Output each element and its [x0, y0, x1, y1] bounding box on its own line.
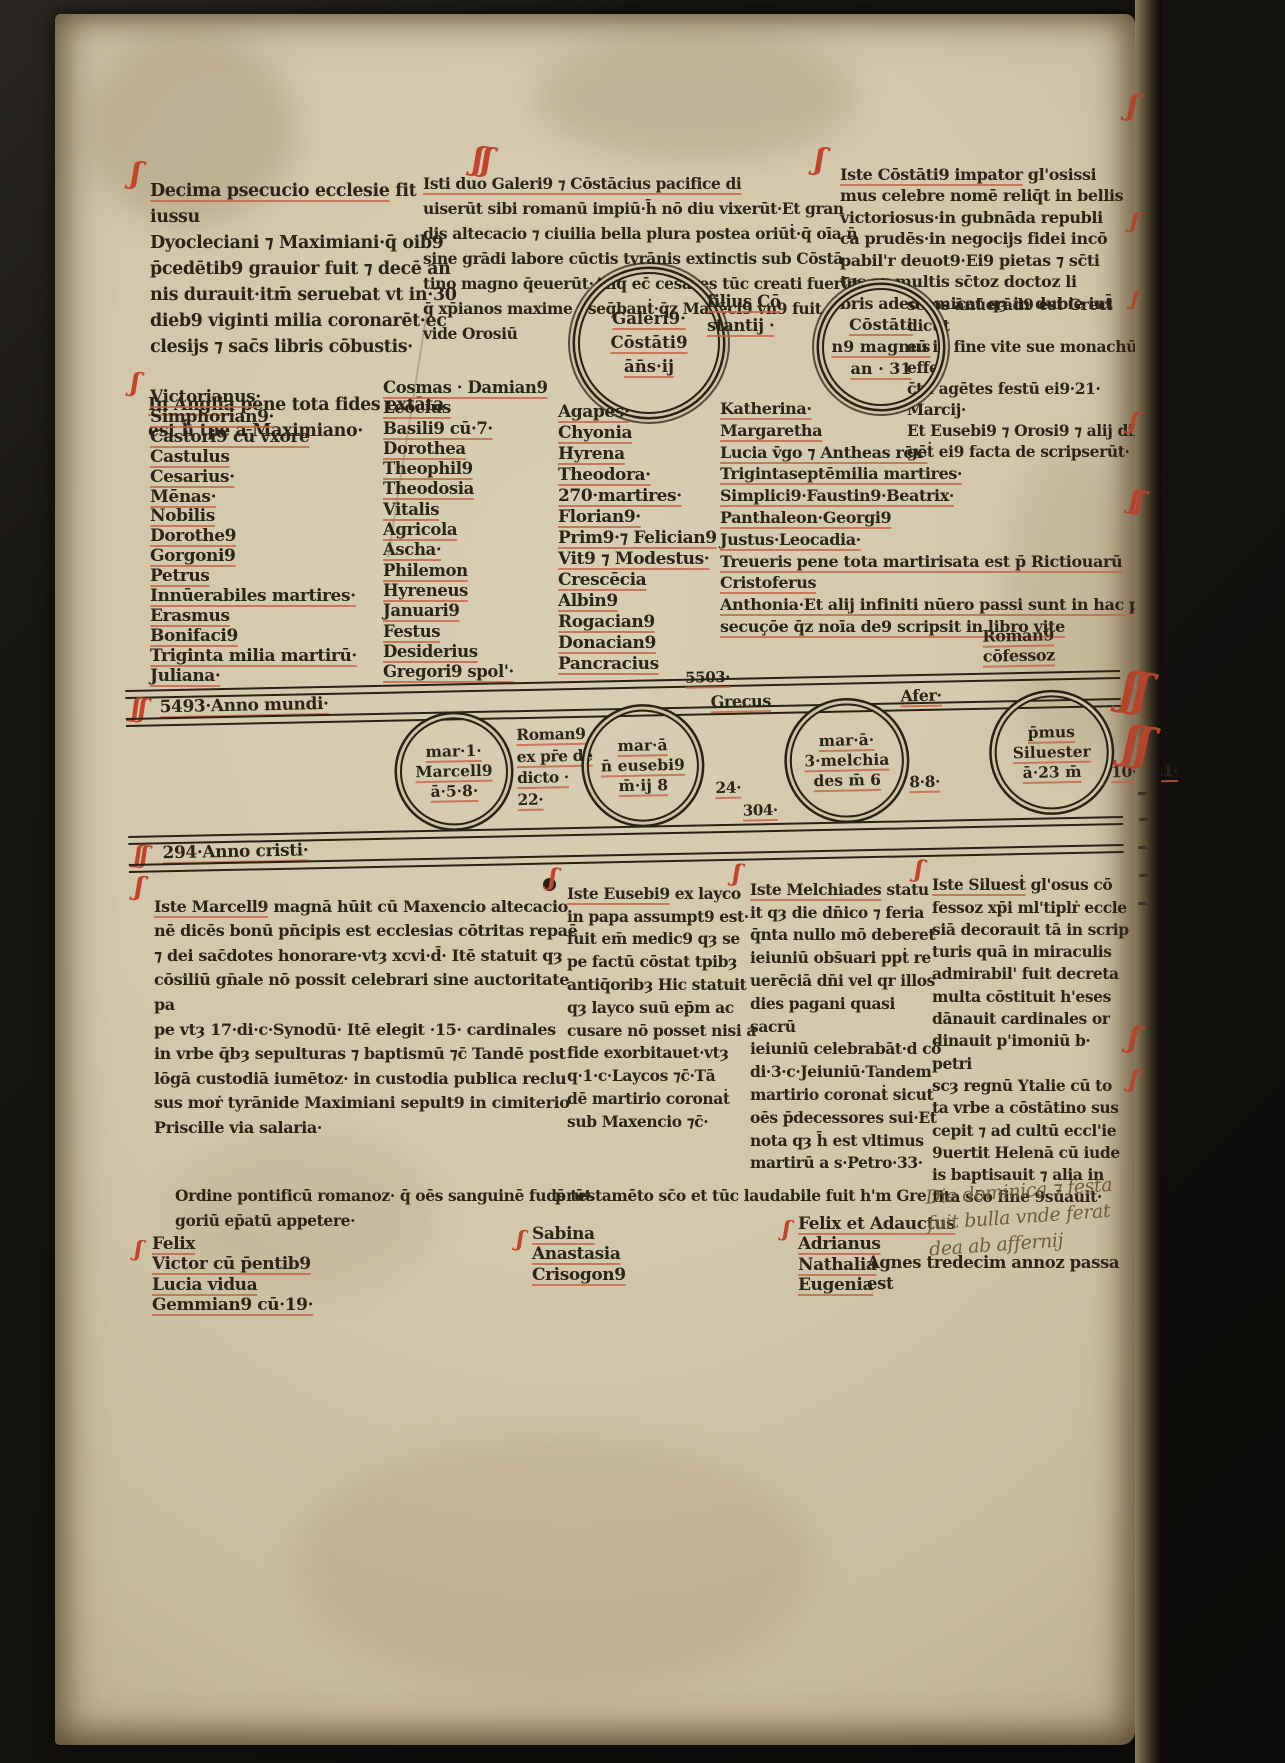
pope-melchiades-origin-label: Afer·	[900, 686, 942, 708]
roundel-pope-eusebius: mar·ā n̄ eusebi9 m̄·ij 8	[586, 709, 700, 823]
paragraph-pope-melchiades: Iste Melchiades statu it qȝ die dn̄ico ⁊…	[750, 856, 942, 1175]
martyr-list-column-4: Katherina· Margaretha Lucia v̄go ⁊ Anthe…	[720, 398, 1148, 638]
roundel-pope-silvester: p̄mus Siluester ā·23 m̄	[994, 694, 1110, 810]
parchment-page: ʃ Decima psecucio ecclesie fit iussu Dyo…	[55, 14, 1135, 1745]
paragraph-lead: Decima psecucio ecclesie	[150, 181, 390, 201]
paragraph-text: fit iussu Dyocleciani ⁊ Maximiani·q̄ oib…	[150, 181, 457, 357]
timeline-band: ʃʃ 5493·Anno mundi· 5503· mar·1· Marcell…	[125, 655, 1199, 876]
pope-silvester-origin-label: Roman9 cōfessoz	[982, 625, 1093, 667]
paragraph-text: gl'osus cō fessoz xp̄i ml'tiplṙ eccle si…	[932, 875, 1129, 1206]
pope-eusebius-duration: 24·	[715, 778, 741, 799]
adjacent-page-edge	[1135, 0, 1161, 1763]
edge-text-fragment	[1139, 874, 1148, 877]
roundel-galerius: Galeri9· Cōstāti9 ān̄s·ij	[578, 272, 720, 414]
bottom-list-felix: Felix Victor cū p̄entib9 Lucia vidua Gem…	[152, 1234, 372, 1316]
pope-eusebius-origin-label: Grecus	[710, 691, 771, 713]
paragraph-mark-icon: ʃ	[781, 1216, 789, 1242]
paragraph-lead: Iste Eusebi9	[567, 884, 670, 903]
edge-text-fragment	[1138, 902, 1147, 905]
martyr-list-column-2: Cosmas · Damian9 Leōcius Basili9 cū·7· D…	[383, 378, 573, 682]
stain	[295, 1434, 815, 1694]
paragraph-mark-icon: ʃ	[129, 368, 139, 399]
anno-cristi-decade: 304·	[743, 801, 778, 821]
ordine-pontificum-line: p̄ testamēto sc̄o et tūc laudabile fuit …	[555, 1186, 926, 1206]
paragraph-decima-persecucio: Decima psecucio ecclesie fit iussu Dyocl…	[150, 152, 462, 360]
book-scan: ʃ Decima psecucio ecclesie fit iussu Dyo…	[0, 0, 1285, 1763]
paragraph-pope-eusebius: Iste Eusebi9 ex layco in papa assumpt9 e…	[567, 860, 759, 1134]
paragraph-mark-icon: ʃ	[133, 1236, 141, 1262]
paragraph-text: ex layco in papa assumpt9 est· fuit em̄ …	[567, 884, 756, 1131]
edge-text-fragment	[1139, 818, 1148, 821]
paragraph-lead: Isti duo Galeri9 ⁊ Cōstācius pacifice di	[423, 174, 741, 193]
ordine-pontificum-line: goriū ep̄atū appetere·	[175, 1211, 355, 1231]
paragraph-lead: Iste Melchiades	[750, 880, 881, 899]
stain	[535, 32, 855, 162]
roundel-pope-marcellus: mar·1· Marcell9 ā·5·8·	[399, 716, 509, 826]
paragraph-text: magnā hūit cū Maxencio altecacio nē dicē…	[154, 897, 577, 1137]
paragraph-mark-icon: ʃ	[515, 1226, 523, 1252]
paragraph-text: statu it qȝ die dn̄ico ⁊ feria q̄nta nul…	[750, 880, 941, 1173]
paragraph-lead: Iste Cōstāti9 impator	[840, 165, 1023, 184]
anno-mundi-decade: 5503·	[685, 668, 730, 688]
roundel-constantinus: Cōstāti n9 magnus an · 31	[822, 288, 940, 406]
pope-melchiades-duration: 8·8·	[909, 772, 940, 793]
ordine-pontificum-line: Ordine pontificū romanoz· q̄ oēs sanguin…	[175, 1186, 591, 1206]
paragraph-lead: Iste Marcell9	[154, 897, 268, 916]
edge-text-fragment	[1138, 792, 1147, 795]
paragraph-pope-marcellus: Iste Marcell9 magnā hūit cū Maxencio alt…	[154, 870, 582, 1141]
agnes-line: Agnes tredecim annoz passa est	[867, 1252, 1135, 1295]
paragraph-lead: Iste Siluesṫ	[932, 875, 1026, 894]
paragraph-pope-silvester: Iste Siluesṫ gl'osus cō fessoz xp̄i ml't…	[932, 852, 1134, 1209]
bottom-list-sabina: Sabina Anastasia Crisogon9	[532, 1224, 692, 1285]
edge-text-fragment	[1138, 846, 1147, 849]
label-filius-constantii: filius Cō stantij ·	[707, 290, 822, 338]
roundel-pope-melchiades: mar·ā· 3·melchia des m̄ 6	[789, 702, 905, 818]
paragraph-mark-icon: ʃ	[133, 872, 143, 903]
martyr-list-column-1: Victorianus· Simphorian9· Castori9 cū vx…	[150, 388, 410, 687]
